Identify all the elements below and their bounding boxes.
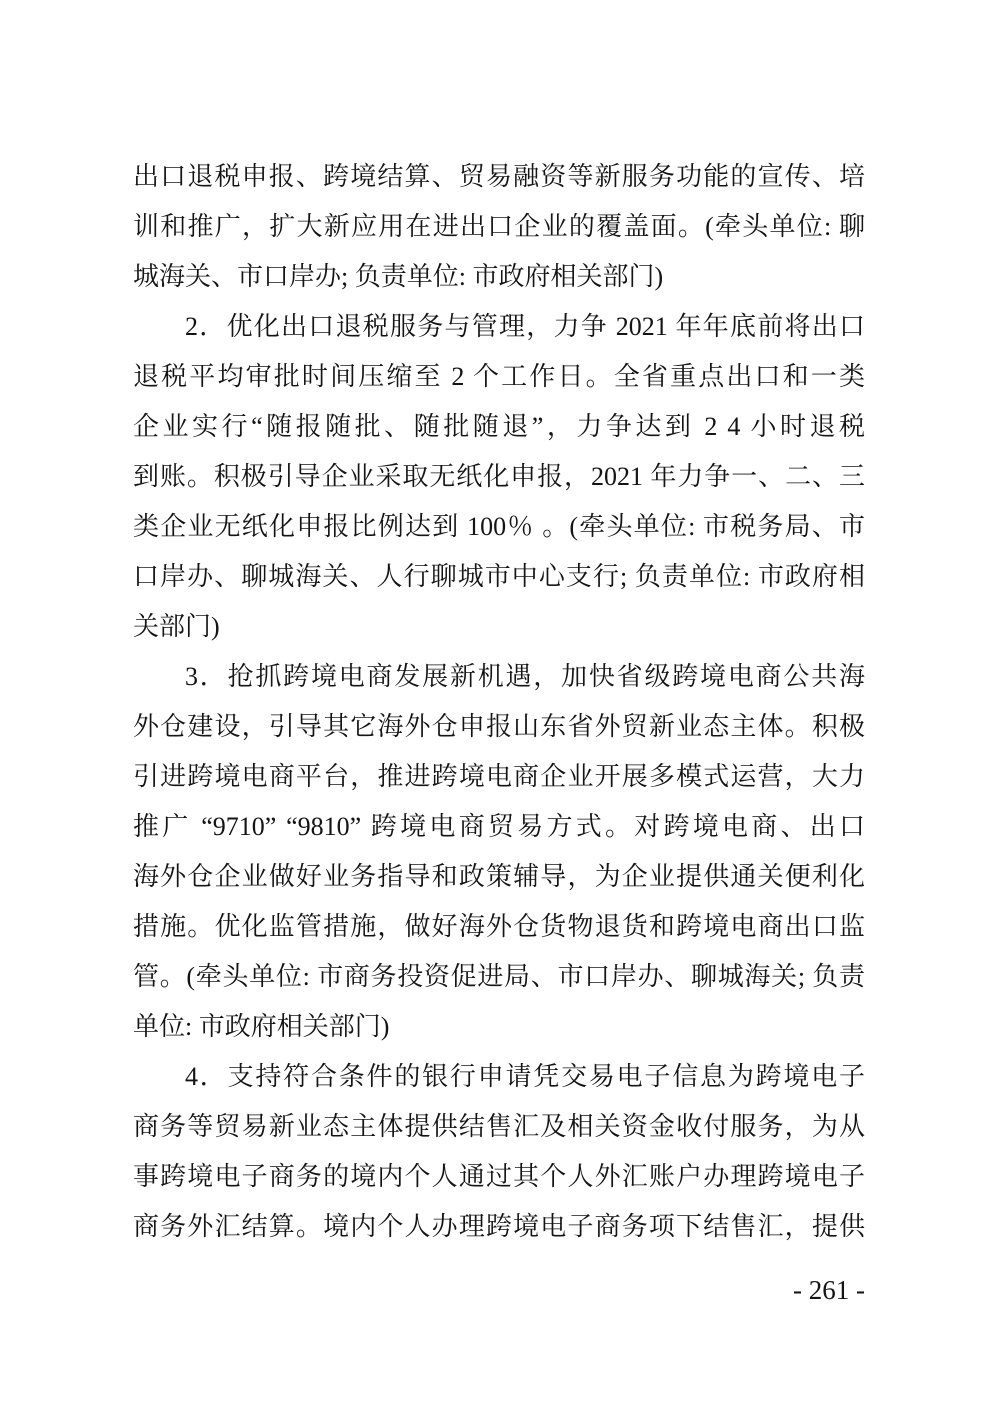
text-line: 管。(牵头单位: 市商务投资促进局、市口岸办、聊城海关; 负责	[133, 952, 865, 1002]
document-page: 出口退税申报、跨境结算、贸易融资等新服务功能的宣传、培 训和推广，扩大新应用在进…	[0, 0, 1000, 1414]
text-line: 引进跨境电商平台，推进跨境电商企业开展多模式运营，大力	[133, 752, 865, 802]
text-line: 4．支持符合条件的银行申请凭交易电子信息为跨境电子	[133, 1052, 865, 1102]
text-line: 训和推广，扩大新应用在进出口企业的覆盖面。(牵头单位: 聊	[133, 202, 865, 252]
text-line: 到账。积极引导企业采取无纸化申报，2021 年力争一、二、三	[133, 452, 865, 502]
text-line: 2．优化出口退税服务与管理，力争 2021 年年底前将出口	[133, 302, 865, 352]
text-line: 城海关、市口岸办; 负责单位: 市政府相关部门)	[133, 252, 865, 302]
text-line: 单位: 市政府相关部门)	[133, 1002, 865, 1052]
text-block: 出口退税申报、跨境结算、贸易融资等新服务功能的宣传、培 训和推广，扩大新应用在进…	[133, 152, 865, 1252]
text-line: 事跨境电子商务的境内个人通过其个人外汇账户办理跨境电子	[133, 1152, 865, 1202]
text-line: 关部门)	[133, 602, 865, 652]
text-line: 措施。优化监管措施，做好海外仓货物退货和跨境电商出口监	[133, 902, 865, 952]
text-line: 外仓建设，引导其它海外仓申报山东省外贸新业态主体。积极	[133, 702, 865, 752]
text-line: 3．抢抓跨境电商发展新机遇，加快省级跨境电商公共海	[133, 652, 865, 702]
text-line: 口岸办、聊城海关、人行聊城市中心支行; 负责单位: 市政府相	[133, 552, 865, 602]
text-line: 推广 “9710” “9810” 跨境电商贸易方式。对跨境电商、出口	[133, 802, 865, 852]
text-line: 出口退税申报、跨境结算、贸易融资等新服务功能的宣传、培	[133, 152, 865, 202]
text-line: 类企业无纸化申报比例达到 100％ 。(牵头单位: 市税务局、市	[133, 502, 865, 552]
page-number: - 261 -	[133, 1272, 865, 1308]
text-line: 企业实行“随报随批、随批随退”，力争达到 2 4 小时退税	[133, 402, 865, 452]
text-line: 退税平均审批时间压缩至 2 个工作日。全省重点出口和一类	[133, 352, 865, 402]
text-line: 商务等贸易新业态主体提供结售汇及相关资金收付服务，为从	[133, 1102, 865, 1152]
text-line: 商务外汇结算。境内个人办理跨境电子商务项下结售汇，提供	[133, 1202, 865, 1252]
text-line: 海外仓企业做好业务指导和政策辅导，为企业提供通关便利化	[133, 852, 865, 902]
